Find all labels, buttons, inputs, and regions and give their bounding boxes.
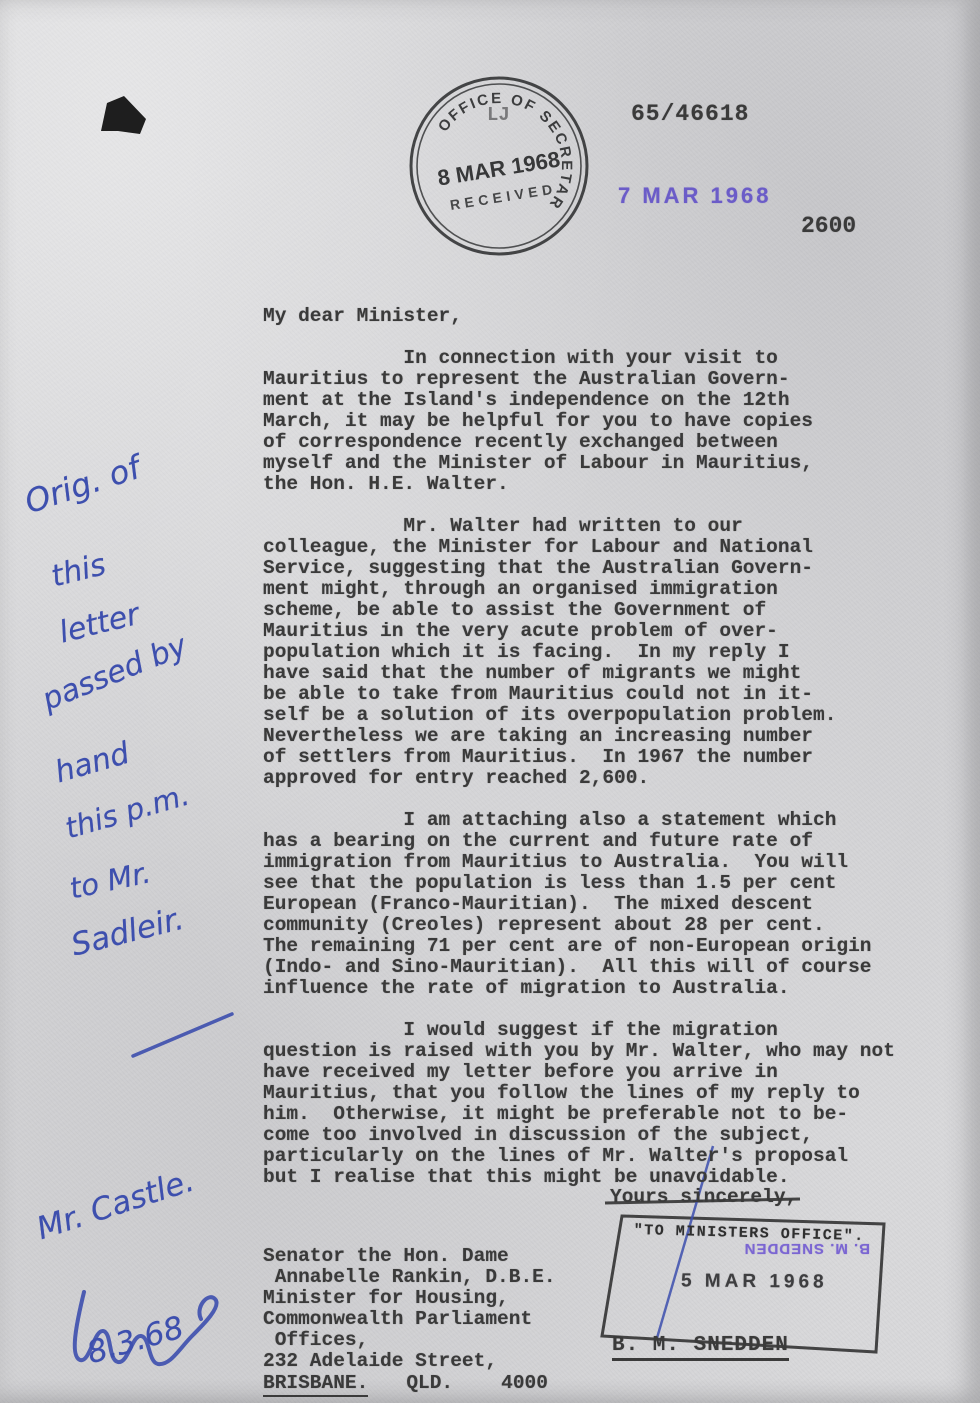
reference-number: 65/46618: [631, 101, 749, 127]
typed-initials-overlay: LJ: [487, 104, 510, 126]
left-note-line-2: this: [48, 547, 110, 594]
left-note-line-7: to Mr.: [66, 855, 153, 905]
recipient-state: QLD.: [406, 1372, 453, 1394]
recipient-postcode: 4000: [501, 1372, 548, 1394]
recipient-address: Senator the Hon. Dame Annabelle Rankin, …: [263, 1246, 556, 1372]
paragraph-1: In connection with your visit to Mauriti…: [263, 348, 903, 495]
castle-note-name: Mr. Castle.: [32, 1163, 198, 1248]
received-round-stamp: OFFICE OF SECRETARY 8 MAR 1968 RECEIVED: [403, 70, 595, 262]
left-note-line-5: hand: [51, 736, 133, 790]
left-note-line-4: passed by: [37, 628, 192, 718]
left-note-line-6: this p.m.: [61, 778, 193, 846]
letter-body: My dear Minister, In connection with you…: [263, 306, 903, 1209]
salutation: My dear Minister,: [263, 306, 903, 327]
ministers-office-stamp-date: 5 MAR 1968: [681, 1270, 828, 1293]
recipient-address-last-line: BRISBANE.QLD.4000: [263, 1372, 548, 1394]
typed-signature-name: B. M. SNEDDEN: [612, 1334, 789, 1361]
left-note-line-1: Orig. of: [20, 448, 145, 521]
paragraph-2: Mr. Walter had written to our colleague,…: [263, 516, 903, 789]
corner-ink-mark: [101, 96, 146, 134]
closing-line: Yours sincerely,: [610, 1186, 797, 1208]
left-note-line-8: Sadleir.: [68, 901, 188, 964]
left-note-line-3: letter: [56, 597, 143, 651]
snedden-upside-down-stamp: B. M. SNEDDEN: [748, 1240, 870, 1257]
recipient-city: BRISBANE.: [263, 1372, 368, 1397]
paragraph-4: I would suggest if the migration questio…: [263, 1020, 903, 1188]
paragraph-3: I am attaching also a statement which ha…: [263, 810, 903, 999]
left-note-dash: [133, 1014, 232, 1056]
purple-date-stamp: 7 MAR 1968: [618, 183, 772, 209]
scanned-letter-page: OFFICE OF SECRETARY 8 MAR 1968 RECEIVED …: [0, 0, 980, 1403]
castle-note-date: 8.3.68: [83, 1310, 188, 1372]
file-number: 2600: [801, 213, 856, 239]
